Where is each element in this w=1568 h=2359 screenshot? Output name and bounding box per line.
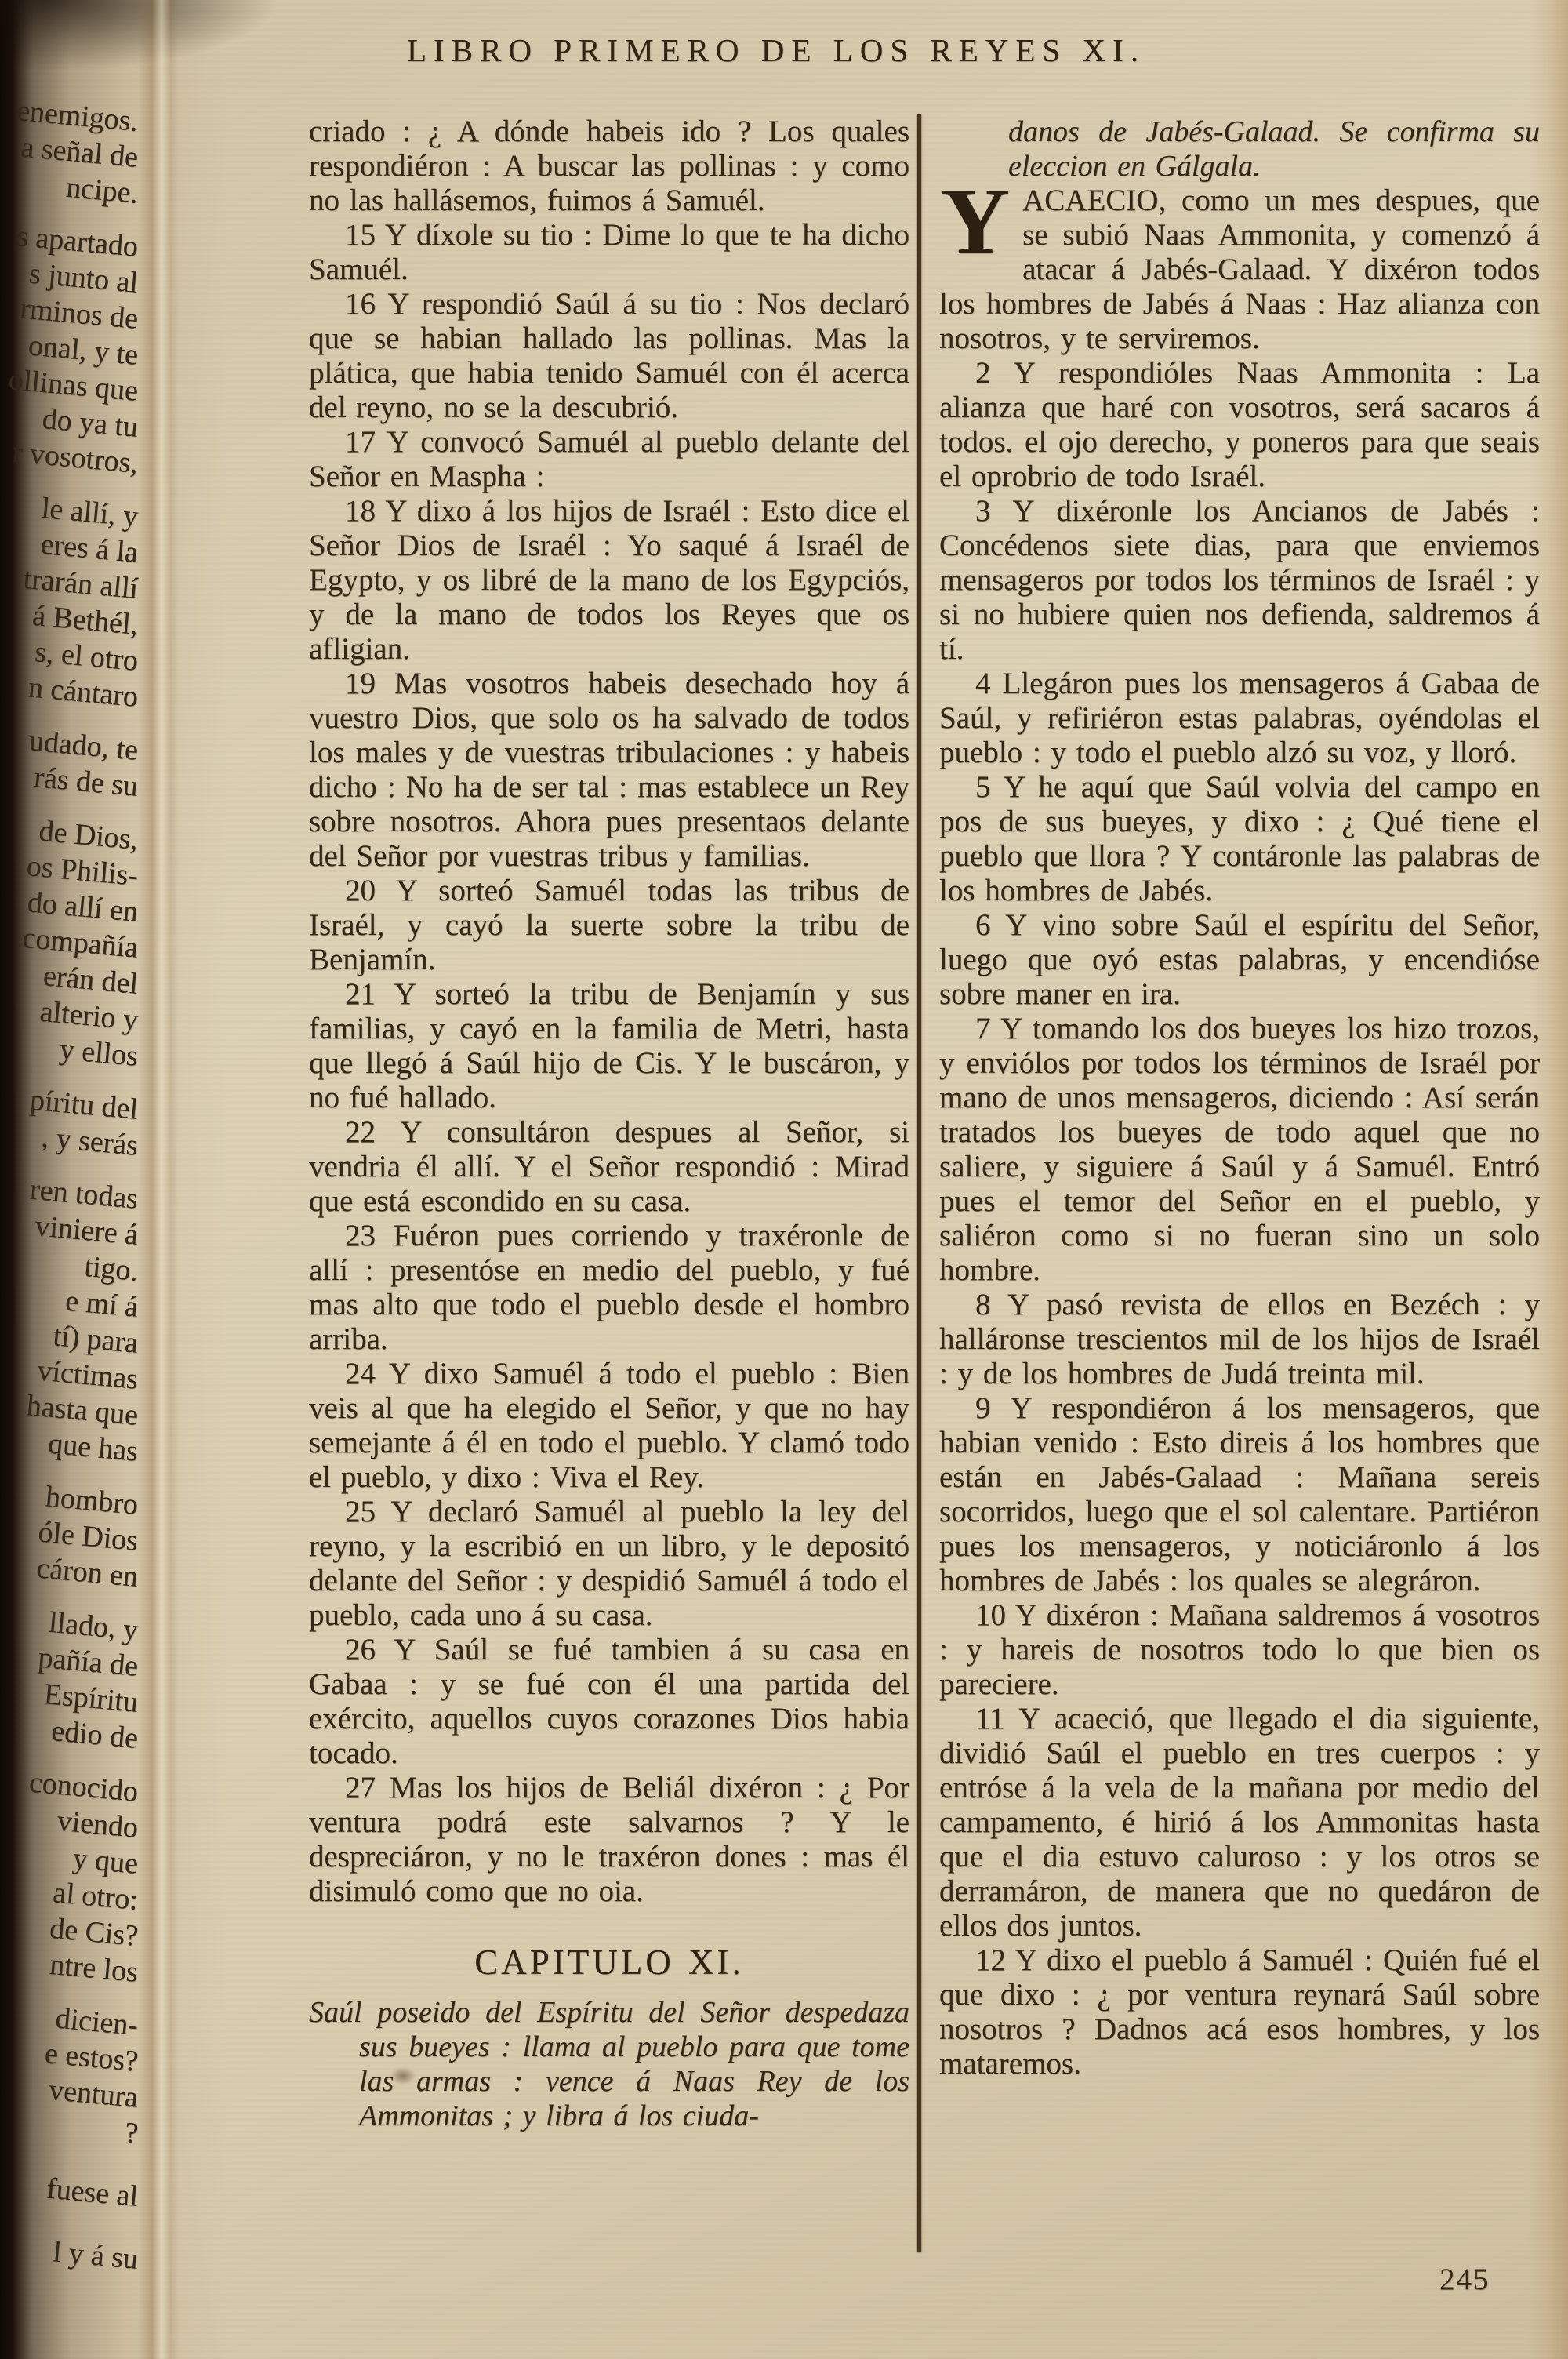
- chapter-argument-continuation: danos de Jabés-Galaad. Se confirma su el…: [1008, 114, 1540, 184]
- chapter-argument: Saúl poseido del Espíritu del Señor desp…: [309, 1995, 909, 2133]
- verse-paragraph: 25 Y declaró Samuél al pueblo la ley del…: [309, 1495, 909, 1633]
- page-fold-crease: [138, 0, 179, 2359]
- verse-paragraph: 10 Y dixéron : Mañana saldremos á vosotr…: [939, 1598, 1540, 1702]
- verse-paragraph: 11 Y acaeció, que llegado el dia siguien…: [939, 1702, 1540, 1943]
- right-text-column: danos de Jabés-Galaad. Se confirma su el…: [939, 114, 1540, 2081]
- facing-page-edge-text: enemigos.a señal dencipe. s apartados ju…: [5, 104, 138, 2295]
- verse-paragraph: 6 Y vino sobre Saúl el espíritu del Seño…: [939, 908, 1540, 1012]
- verse-paragraph: 9 Y respondiéron á los mensageros, que h…: [939, 1391, 1540, 1598]
- verse-paragraph: YACAECIO, como un mes despues, que se su…: [939, 184, 1540, 356]
- verse-paragraph: 21 Y sorteó la tribu de Benjamín y sus f…: [309, 977, 909, 1115]
- verse-paragraph: 24 Y dixo Samuél á todo el pueblo : Bien…: [309, 1357, 909, 1495]
- edge-text-line: l y á su: [4, 2230, 140, 2277]
- verse-paragraph: 18 Y dixo á los hijos de Israél : Esto d…: [309, 494, 909, 667]
- verse-paragraph: 17 Y convocó Samuél al pueblo delante de…: [309, 425, 909, 494]
- verse-paragraph: 12 Y dixo el pueblo á Samuél : Quién fué…: [939, 1943, 1540, 2081]
- verse-paragraph: 19 Mas vosotros habeis desechado hoy á v…: [309, 667, 909, 874]
- drop-cap-initial: Y: [939, 184, 1022, 257]
- verse-paragraph: 26 Y Saúl se fué tambien á su casa en Ga…: [309, 1633, 909, 1771]
- verse-paragraph: 3 Y dixéronle los Ancianos de Jabés : Co…: [939, 494, 1540, 667]
- book-page-scan: enemigos.a señal dencipe. s apartados ju…: [0, 0, 1568, 2359]
- verse-paragraph: 8 Y pasó revista de ellos en Bezéch : y …: [939, 1288, 1540, 1391]
- verse-paragraph: 4 Llegáron pues los mensageros á Gabaa d…: [939, 667, 1540, 770]
- verse-paragraph: 22 Y consultáron despues al Señor, si ve…: [309, 1115, 909, 1219]
- edge-text-line: fuese al: [4, 2167, 140, 2215]
- verse-paragraph: 16 Y respondió Saúl á su tio : Nos decla…: [309, 287, 909, 425]
- verse-paragraph: 20 Y sorteó Samuél todas las tribus de I…: [309, 874, 909, 977]
- chapter-heading: CAPITULO XI.: [309, 1945, 909, 1979]
- verse-paragraph: 23 Fuéron pues corriendo y traxéronle de…: [309, 1219, 909, 1357]
- page-number: 245: [1439, 2262, 1490, 2297]
- verse-paragraph: 15 Y díxole su tio : Dime lo que te ha d…: [309, 218, 909, 287]
- verse-paragraph: 27 Mas los hijos de Beliál dixéron : ¿ P…: [309, 1771, 909, 1909]
- column-divider-rule: [917, 114, 921, 2252]
- verse-paragraph: 7 Y tomando los dos bueyes los hizo troz…: [939, 1012, 1540, 1288]
- left-text-column: criado : ¿ A dónde habeis ido ? Los qual…: [309, 114, 909, 2133]
- verse-paragraph: criado : ¿ A dónde habeis ido ? Los qual…: [309, 114, 909, 218]
- verse-text: ACAECIO, como un mes despues, que se sub…: [939, 184, 1540, 355]
- verse-paragraph: 5 Y he aquí que Saúl volvia del campo en…: [939, 770, 1540, 908]
- running-head-title: LIBRO PRIMERO DE LOS REYES XI.: [314, 31, 1239, 69]
- verse-paragraph: 2 Y respondióles Naas Ammonita : La alia…: [939, 356, 1540, 494]
